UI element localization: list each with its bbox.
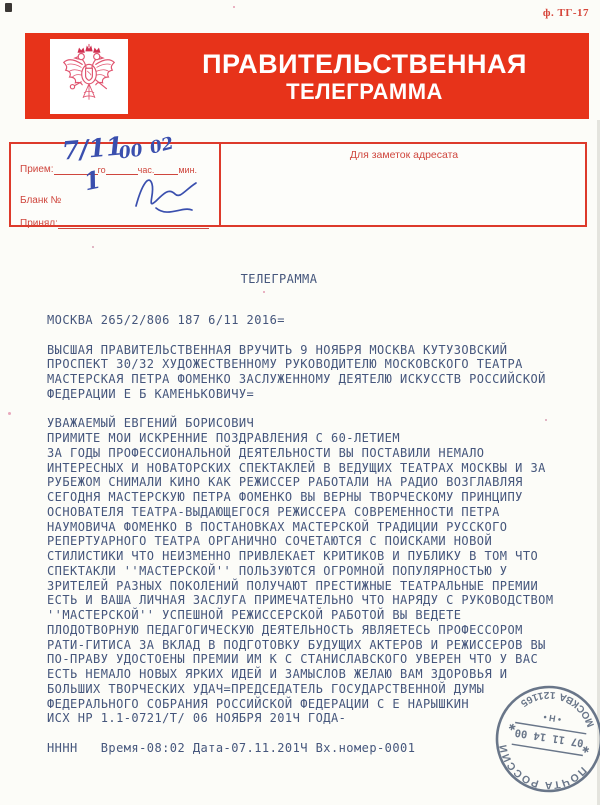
telegram-line: ЕСТЬ НЕМАЛО НОВЫХ ЯРКИХ ИДЕЙ И ЗАМЫСЛОВ …: [47, 667, 577, 682]
telegram-heading: ТЕЛЕГРАММА: [0, 272, 558, 286]
banner-title-line2: ТЕЛЕГРАММА: [286, 80, 443, 103]
telegram-line: ВЫСШАЯ ПРАВИТЕЛЬСТВЕННАЯ ВРУЧИТЬ 9 НОЯБР…: [47, 343, 577, 358]
telegram-line: РАТИ-ГИТИСА ЗА ВКЛАД В ПОДГОТОВКУ БУДУЩИ…: [47, 638, 577, 653]
telegram-line: РУБЕЖОМ СНИМАЛИ КИНО КАК РЕЖИССЕР РАБОТА…: [47, 475, 577, 490]
telegram-line: ПРОСПЕКТ 30/32 ХУДОЖЕСТВЕННОМУ РУКОВОДИТ…: [47, 357, 577, 372]
telegram-line: ПРИМИТЕ МОИ ИСКРЕННИЕ ПОЗДРАВЛЕНИЯ С 60-…: [47, 431, 577, 446]
scan-speck: [263, 291, 265, 293]
signature-scribble: [128, 168, 203, 218]
scan-artifact: [5, 3, 12, 12]
telegram-line: ЕСТЬ И ВАША ЛИЧНАЯ ЗАСЛУГА ПРИМЕЧАТЕЛЬНО…: [47, 593, 577, 608]
telegram-line: ИНТЕРЕСНЫХ И НОВАТОРСКИХ СПЕКТАКЛЕЙ В ВЕ…: [47, 461, 577, 476]
coat-of-arms-box: [50, 39, 128, 114]
blank-row: Бланк №: [20, 190, 61, 208]
notes-label: Для заметок адресата: [223, 149, 585, 161]
double-headed-eagle-icon: [59, 43, 119, 111]
scan-speck: [8, 412, 11, 415]
postmark-date: 07 11 14 00: [514, 726, 585, 749]
telegram-document: ф. ТГ-17: [0, 0, 600, 805]
blank-label: Бланк №: [20, 195, 61, 206]
telegram-line: СЕГОДНЯ МАСТЕРСКУЮ ПЕТРА ФОМЕНКО ВЫ ВЕРН…: [47, 490, 577, 505]
telegram-line: СПЕКТАКЛИ ''МАСТЕРСКОЙ'' ПОЛЬЗУЮТСЯ ОГРО…: [47, 564, 577, 579]
telegram-line: РЕПЕРТУАРНОГО ТЕАТРА ОРГАНИЧНО СОЧЕТАЮТС…: [47, 534, 577, 549]
banner-title-line1: ПРАВИТЕЛЬСТВЕННАЯ: [202, 50, 527, 78]
telegram-line: ПЛОДОТВОРНУЮ ПЕДАГОГИЧЕСКУЮ ДЕЯТЕЛЬНОСТЬ…: [47, 623, 577, 638]
telegram-line: ЗРИТЕЛЕЙ РАЗНЫХ ПОКОЛЕНИЙ ПОЛУЧАЮТ ПРЕСТ…: [47, 579, 577, 594]
telegram-line: [47, 328, 577, 343]
telegram-footer-line: НННН Время-08:02 Дата-07.11.201Ч Вх.номе…: [47, 741, 415, 755]
banner-title: ПРАВИТЕЛЬСТВЕННАЯ ТЕЛЕГРАММА: [128, 33, 589, 119]
priem-label: Прием:: [20, 164, 54, 175]
telegram-body: МОСКВА 265/2/806 187 6/11 2016= ВЫСШАЯ П…: [47, 313, 577, 726]
handwritten-date: 7/11: [61, 131, 125, 165]
scan-speck: [233, 6, 235, 8]
telegram-line: [47, 402, 577, 417]
handwritten-hours: 00: [118, 140, 144, 163]
form-code-label: ф. ТГ-17: [543, 7, 589, 19]
telegram-line: ''МАСТЕРСКОЙ'' УСПЕШНОЙ РЕЖИССЕРСКОЙ РАБ…: [47, 608, 577, 623]
telegram-line: БОЛЬШИХ ТВОРЧЕСКИХ УДАЧ=ПРЕДСЕДАТЕЛЬ ГОС…: [47, 682, 577, 697]
telegram-line: ЗА ГОДЫ ПРОФЕССИОНАЛЬНОЙ ДЕЯТЕЛЬНОСТИ ВЫ…: [47, 446, 577, 461]
scan-speck: [92, 246, 94, 248]
postmark-letter: • Н •: [543, 712, 562, 725]
telegram-line: ФЕДЕРАЦИИ Е Б КАМЕНЬКОВИЧУ=: [47, 387, 577, 402]
prinyal-label: Принял:: [20, 218, 58, 229]
telegram-line: УВАЖАЕМЫЙ ЕВГЕНИЙ БОРИСОВИЧ: [47, 416, 577, 431]
telegram-line: ПО-ПРАВУ УДОСТОЕНЫ ПРЕМИИ ИМ К С СТАНИСЛ…: [47, 652, 577, 667]
telegram-line: МОСКВА 265/2/806 187 6/11 2016=: [47, 313, 577, 328]
telegram-line: НАУМОВИЧА ФОМЕНКО В ПОСТАНОВКАХ МАСТЕРСК…: [47, 520, 577, 535]
government-telegram-banner: ПРАВИТЕЛЬСТВЕННАЯ ТЕЛЕГРАММА: [25, 33, 589, 119]
telegram-line: МАСТЕРСКАЯ ПЕТРА ФОМЕНКО ЗАСЛУЖЕННОМУ ДЕ…: [47, 372, 577, 387]
telegram-line: ФЕДЕРАЛЬНОГО СОБРАНИЯ РОССИЙСКОЙ ФЕДЕРАЦ…: [47, 697, 577, 712]
telegram-line: СТИЛИСТИКИ ЧТО НЕИЗМЕННО ПРИВЛЕКАЕТ КРИТ…: [47, 549, 577, 564]
reception-form-notes-cell: Для заметок адресата: [223, 144, 585, 225]
telegram-line: ОСНОВАТЕЛЯ ТЕАТРА-ВЫДАЮЩЕГОСЯ РЕЖИССЕРА …: [47, 505, 577, 520]
